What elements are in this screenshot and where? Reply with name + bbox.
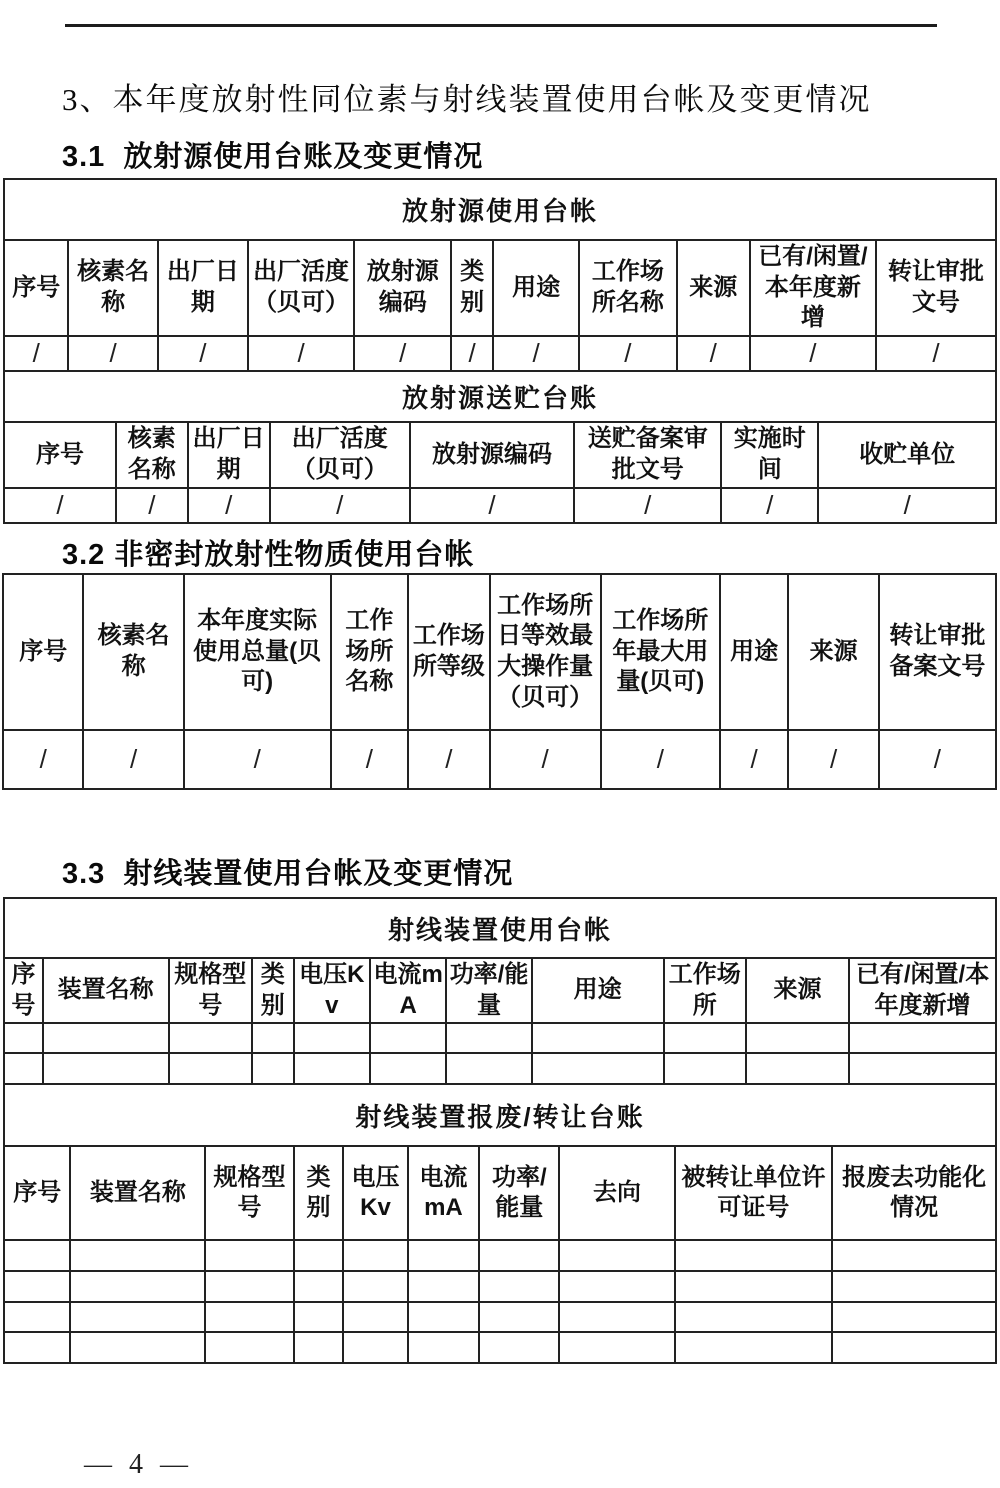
empty-cell xyxy=(252,1053,294,1084)
table-title: 放射源送贮台账 xyxy=(4,371,996,422)
empty-cell xyxy=(4,1053,43,1084)
empty-cell xyxy=(70,1332,205,1363)
slash-cell: / xyxy=(490,730,601,789)
empty-cell xyxy=(294,1023,370,1053)
ray-device-tables: 射线装置使用台帐 序号 装置名称 规格型号 类别 电压Kv 电流mA 功率/能量… xyxy=(3,897,997,1364)
column-header: 来源 xyxy=(677,240,750,336)
empty-cell xyxy=(169,1053,252,1084)
slash-cell: / xyxy=(68,336,157,371)
empty-cell xyxy=(370,1053,446,1084)
empty-cell xyxy=(532,1023,664,1053)
column-header: 核素名称 xyxy=(83,574,183,730)
slash-cell: / xyxy=(4,336,68,371)
slash-cell: / xyxy=(879,730,996,789)
empty-cell xyxy=(205,1240,293,1271)
empty-cell xyxy=(43,1023,169,1053)
empty-cell xyxy=(370,1023,446,1053)
unsealed-material-use-table: 序号 核素名称 本年度实际使用总量(贝可) 工作场所名称 工作场所等级 工作场所… xyxy=(2,573,997,790)
empty-cell xyxy=(205,1332,293,1363)
column-header: 来源 xyxy=(788,574,878,730)
empty-cell xyxy=(70,1240,205,1271)
empty-cell xyxy=(252,1023,294,1053)
column-header: 规格型号 xyxy=(169,958,252,1023)
column-header: 出厂日期 xyxy=(158,240,248,336)
column-header: 工作场所日等效最大操作量（贝可） xyxy=(490,574,601,730)
empty-cell xyxy=(294,1332,344,1363)
column-header: 报废去功能化情况 xyxy=(832,1146,996,1240)
column-header: 被转让单位许可证号 xyxy=(675,1146,833,1240)
empty-cell xyxy=(294,1271,344,1302)
column-header: 核素名称 xyxy=(68,240,157,336)
empty-cell xyxy=(675,1240,833,1271)
column-header: 序号 xyxy=(4,958,43,1023)
column-header: 序号 xyxy=(4,240,68,336)
table-title: 放射源使用台帐 xyxy=(4,179,996,240)
unsealed-material-tables: 序号 核素名称 本年度实际使用总量(贝可) 工作场所名称 工作场所等级 工作场所… xyxy=(2,573,997,790)
empty-cell xyxy=(832,1302,996,1332)
column-header: 去向 xyxy=(559,1146,674,1240)
empty-cell xyxy=(832,1271,996,1302)
slash-cell: / xyxy=(3,730,83,789)
slash-cell: / xyxy=(188,488,270,523)
empty-cell xyxy=(446,1023,531,1053)
slash-cell: / xyxy=(4,488,116,523)
empty-cell xyxy=(479,1240,559,1271)
slash-cell: / xyxy=(818,488,996,523)
column-header: 工作场所名称 xyxy=(579,240,676,336)
column-header: 出厂活度（贝可） xyxy=(270,422,410,487)
column-header: 用途 xyxy=(493,240,579,336)
empty-cell xyxy=(343,1240,407,1271)
radiation-source-tables: 放射源使用台帐 序号 核素名称 出厂日期 出厂活度（贝可） 放射源编码 类别 用… xyxy=(3,178,997,524)
radiation-source-storage-table: 放射源送贮台账 序号 核素名称 出厂日期 出厂活度（贝可） 放射源编码 送贮备案… xyxy=(3,370,997,523)
empty-cell xyxy=(4,1271,70,1302)
page-title: 3、本年度放射性同位素与射线装置使用台帐及变更情况 xyxy=(62,74,872,119)
column-header: 来源 xyxy=(746,958,849,1023)
empty-cell xyxy=(343,1271,407,1302)
empty-cell xyxy=(832,1240,996,1271)
empty-cell xyxy=(408,1271,479,1302)
slash-cell: / xyxy=(248,336,354,371)
column-header: 送贮备案审批文号 xyxy=(574,422,721,487)
empty-cell xyxy=(294,1240,344,1271)
column-header: 用途 xyxy=(720,574,789,730)
ray-device-use-table: 射线装置使用台帐 序号 装置名称 规格型号 类别 电压Kv 电流mA 功率/能量… xyxy=(3,897,997,1085)
column-header: 本年度实际使用总量(贝可) xyxy=(184,574,331,730)
empty-cell xyxy=(4,1023,43,1053)
column-header: 工作场所 xyxy=(664,958,746,1023)
column-header: 放射源编码 xyxy=(410,422,575,487)
column-header: 工作场所等级 xyxy=(408,574,489,730)
empty-cell xyxy=(675,1332,833,1363)
column-header: 类别 xyxy=(294,1146,344,1240)
empty-cell xyxy=(446,1053,531,1084)
empty-cell xyxy=(559,1240,674,1271)
column-header: 转让审批文号 xyxy=(876,240,996,336)
empty-cell xyxy=(479,1332,559,1363)
column-header: 功率/能量 xyxy=(479,1146,559,1240)
slash-cell: / xyxy=(331,730,408,789)
empty-cell xyxy=(675,1302,833,1332)
section-heading-3-2: 3.2 非密封放射性物质使用台帐 xyxy=(62,532,474,573)
empty-cell xyxy=(294,1302,344,1332)
empty-cell xyxy=(532,1053,664,1084)
empty-cell xyxy=(675,1271,833,1302)
column-header: 转让审批备案文号 xyxy=(879,574,996,730)
empty-cell xyxy=(664,1023,746,1053)
column-header: 装置名称 xyxy=(43,958,169,1023)
table-title: 射线装置报废/转让台账 xyxy=(4,1084,996,1146)
empty-cell xyxy=(479,1302,559,1332)
empty-cell xyxy=(559,1332,674,1363)
slash-cell: / xyxy=(601,730,720,789)
document-page: 3、本年度放射性同位素与射线装置使用台帐及变更情况 3.1 放射源使用台账及变更… xyxy=(0,0,1000,1488)
column-header: 收贮单位 xyxy=(818,422,996,487)
slash-cell: / xyxy=(579,336,676,371)
empty-cell xyxy=(408,1302,479,1332)
slash-cell: / xyxy=(788,730,878,789)
column-header: 已有/闲置/本年度新增 xyxy=(750,240,876,336)
radiation-source-use-table: 放射源使用台帐 序号 核素名称 出厂日期 出厂活度（贝可） 放射源编码 类别 用… xyxy=(3,178,997,372)
section-heading-3-1: 3.1 放射源使用台账及变更情况 xyxy=(62,134,483,175)
empty-cell xyxy=(70,1302,205,1332)
empty-cell xyxy=(4,1302,70,1332)
slash-cell: / xyxy=(574,488,721,523)
empty-cell xyxy=(849,1023,996,1053)
empty-cell xyxy=(832,1332,996,1363)
slash-cell: / xyxy=(354,336,451,371)
column-header: 电压Kv xyxy=(294,958,370,1023)
empty-cell xyxy=(169,1023,252,1053)
column-header: 序号 xyxy=(4,422,116,487)
slash-cell: / xyxy=(876,336,996,371)
column-header: 序号 xyxy=(3,574,83,730)
slash-cell: / xyxy=(270,488,410,523)
column-header: 工作场所年最大用量(贝可) xyxy=(601,574,720,730)
column-header: 装置名称 xyxy=(70,1146,205,1240)
empty-cell xyxy=(559,1271,674,1302)
empty-cell xyxy=(205,1302,293,1332)
section-heading-3-3: 3.3 射线装置使用台帐及变更情况 xyxy=(62,851,513,892)
empty-cell xyxy=(343,1332,407,1363)
slash-cell: / xyxy=(451,336,493,371)
empty-cell xyxy=(4,1240,70,1271)
empty-cell xyxy=(205,1271,293,1302)
slash-cell: / xyxy=(720,730,789,789)
page-number: — 4 — xyxy=(84,1449,188,1481)
column-header: 类别 xyxy=(252,958,294,1023)
column-header: 出厂活度（贝可） xyxy=(248,240,354,336)
empty-cell xyxy=(479,1271,559,1302)
column-header: 功率/能量 xyxy=(446,958,531,1023)
column-header: 电流mA xyxy=(370,958,446,1023)
column-header: 实施时间 xyxy=(721,422,818,487)
empty-cell xyxy=(70,1271,205,1302)
column-header: 已有/闲置/本年度新增 xyxy=(849,958,996,1023)
empty-cell xyxy=(746,1053,849,1084)
table-title: 射线装置使用台帐 xyxy=(4,898,996,958)
column-header: 电流mA xyxy=(408,1146,479,1240)
column-header: 电压Kv xyxy=(343,1146,407,1240)
column-header: 类别 xyxy=(451,240,493,336)
column-header: 序号 xyxy=(4,1146,70,1240)
slash-cell: / xyxy=(677,336,750,371)
slash-cell: / xyxy=(158,336,248,371)
ray-device-disposal-table: 射线装置报废/转让台账 序号 装置名称 规格型号 类别 电压Kv 电流mA 功率… xyxy=(3,1083,997,1364)
empty-cell xyxy=(408,1332,479,1363)
column-header: 用途 xyxy=(532,958,664,1023)
column-header: 工作场所名称 xyxy=(331,574,408,730)
slash-cell: / xyxy=(83,730,183,789)
empty-cell xyxy=(849,1053,996,1084)
slash-cell: / xyxy=(116,488,187,523)
slash-cell: / xyxy=(493,336,579,371)
column-header: 放射源编码 xyxy=(354,240,451,336)
empty-cell xyxy=(664,1053,746,1084)
column-header: 出厂日期 xyxy=(188,422,270,487)
header-rule xyxy=(65,24,937,27)
slash-cell: / xyxy=(750,336,876,371)
slash-cell: / xyxy=(184,730,331,789)
column-header: 规格型号 xyxy=(205,1146,293,1240)
slash-cell: / xyxy=(410,488,575,523)
column-header: 核素名称 xyxy=(116,422,187,487)
slash-cell: / xyxy=(721,488,818,523)
empty-cell xyxy=(343,1302,407,1332)
empty-cell xyxy=(559,1302,674,1332)
empty-cell xyxy=(294,1053,370,1084)
empty-cell xyxy=(4,1332,70,1363)
empty-cell xyxy=(746,1023,849,1053)
empty-cell xyxy=(43,1053,169,1084)
slash-cell: / xyxy=(408,730,489,789)
empty-cell xyxy=(408,1240,479,1271)
